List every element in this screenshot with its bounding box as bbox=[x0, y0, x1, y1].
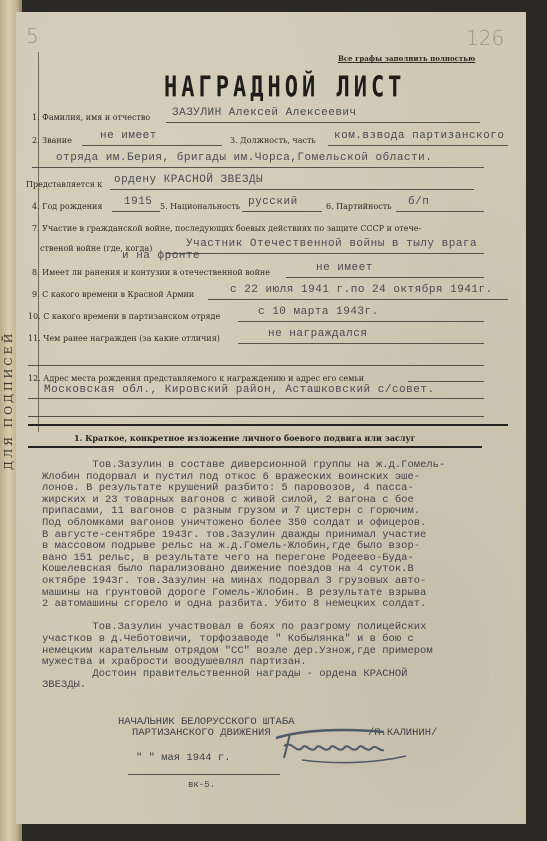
archive-page-number: 126 bbox=[466, 26, 504, 50]
page-title: НАГРАДНОЙ ЛИСТ bbox=[164, 72, 405, 105]
field-2-underline bbox=[82, 145, 222, 146]
section-divider-bottom bbox=[28, 446, 482, 448]
field-6-underline bbox=[396, 211, 484, 212]
section-heading: 1. Краткое, конкретное изложение личного… bbox=[74, 433, 416, 443]
field-3-underline-2 bbox=[32, 167, 484, 168]
field-5-underline bbox=[242, 211, 322, 212]
field-4-underline bbox=[112, 211, 160, 212]
field-10-label: 10. С какого времени в партизанском отря… bbox=[28, 312, 220, 321]
signatory-position-line2: ПАРТИЗАНСКОГО ДВИЖЕНИЯ bbox=[132, 727, 271, 739]
blank-underline bbox=[28, 365, 484, 366]
narrative-text: Тов.Зазулин в составе диверсионной групп… bbox=[42, 460, 512, 692]
handwritten-signature-icon bbox=[272, 724, 412, 770]
field-5-label: 5. Национальность bbox=[160, 202, 240, 211]
field-12-underline-3 bbox=[28, 416, 484, 417]
signature-date: " " мая 1944 г. bbox=[136, 752, 231, 764]
field-3-underline-1 bbox=[328, 145, 508, 146]
field-6-label: 6. Партийность bbox=[326, 202, 392, 211]
field-8-label: 8. Имеет ли ранения и контузии в отечест… bbox=[32, 268, 270, 277]
field-9-underline bbox=[208, 299, 508, 300]
field-7-underline bbox=[166, 253, 484, 254]
field-3-value-line1: ком.взвода партизанского bbox=[334, 130, 504, 142]
field-3-value-line2: отряда им.Берия, бригады им.Чорса,Гомель… bbox=[56, 152, 432, 164]
field-12-label: 12. Адрес места рождения представляемого… bbox=[28, 374, 364, 383]
field-11-label: 11. Чем ранее награжден (за какие отличи… bbox=[28, 334, 220, 343]
instruction-note: Все графы заполнить полностью bbox=[338, 54, 475, 63]
field-6-value: б/п bbox=[408, 196, 429, 208]
field-5-value: русский bbox=[248, 196, 298, 208]
presented-value: ордену КРАСНОЙ ЗВЕЗДЫ bbox=[114, 174, 263, 186]
field-4-label: 4. Год рождения bbox=[32, 202, 102, 211]
field-1-underline bbox=[166, 122, 480, 123]
field-3-label: 3. Должность, часть bbox=[230, 136, 316, 145]
award-sheet-page: 5 126 Все графы заполнить полностью НАГР… bbox=[16, 12, 526, 824]
field-9-label: 9. С какого времени в Красной Армии bbox=[32, 290, 194, 299]
field-2-label: 2. Звание bbox=[32, 136, 72, 145]
field-12-underline-1 bbox=[408, 381, 484, 382]
field-12-value: Московская обл., Кировский район, Асташк… bbox=[44, 384, 435, 396]
field-7-value-line1: Участник Отечественной войны в тылу враг… bbox=[186, 238, 477, 250]
field-7-label-line1: 7. Участие в гражданской войне, последую… bbox=[32, 224, 421, 233]
field-2-value: не имеет bbox=[100, 130, 157, 142]
typist-mark: вк-5. bbox=[188, 780, 215, 790]
field-11-underline bbox=[238, 343, 484, 344]
field-1-label: 1. Фамилия, имя и отчество bbox=[32, 113, 150, 122]
pencil-mark: 5 bbox=[26, 24, 39, 48]
field-9-value: с 22 июля 1941 г.по 24 октября 1941г. bbox=[230, 284, 493, 296]
field-1-value: ЗАЗУЛИН Алексей Алексеевич bbox=[172, 107, 357, 119]
field-7-value-line2: и на фронте bbox=[122, 250, 200, 262]
field-8-underline bbox=[286, 277, 484, 278]
section-divider-top bbox=[28, 424, 508, 426]
field-12-underline-2 bbox=[28, 398, 484, 399]
field-4-value: 1915 bbox=[124, 196, 152, 208]
field-8-value: не имеет bbox=[316, 262, 373, 274]
field-10-underline bbox=[238, 321, 484, 322]
date-underline bbox=[128, 774, 280, 775]
presented-label: Представляется к bbox=[26, 180, 102, 189]
field-10-value: с 10 марта 1943г. bbox=[258, 306, 379, 318]
field-11-value: не награждался bbox=[268, 328, 367, 340]
presented-underline bbox=[110, 189, 474, 190]
